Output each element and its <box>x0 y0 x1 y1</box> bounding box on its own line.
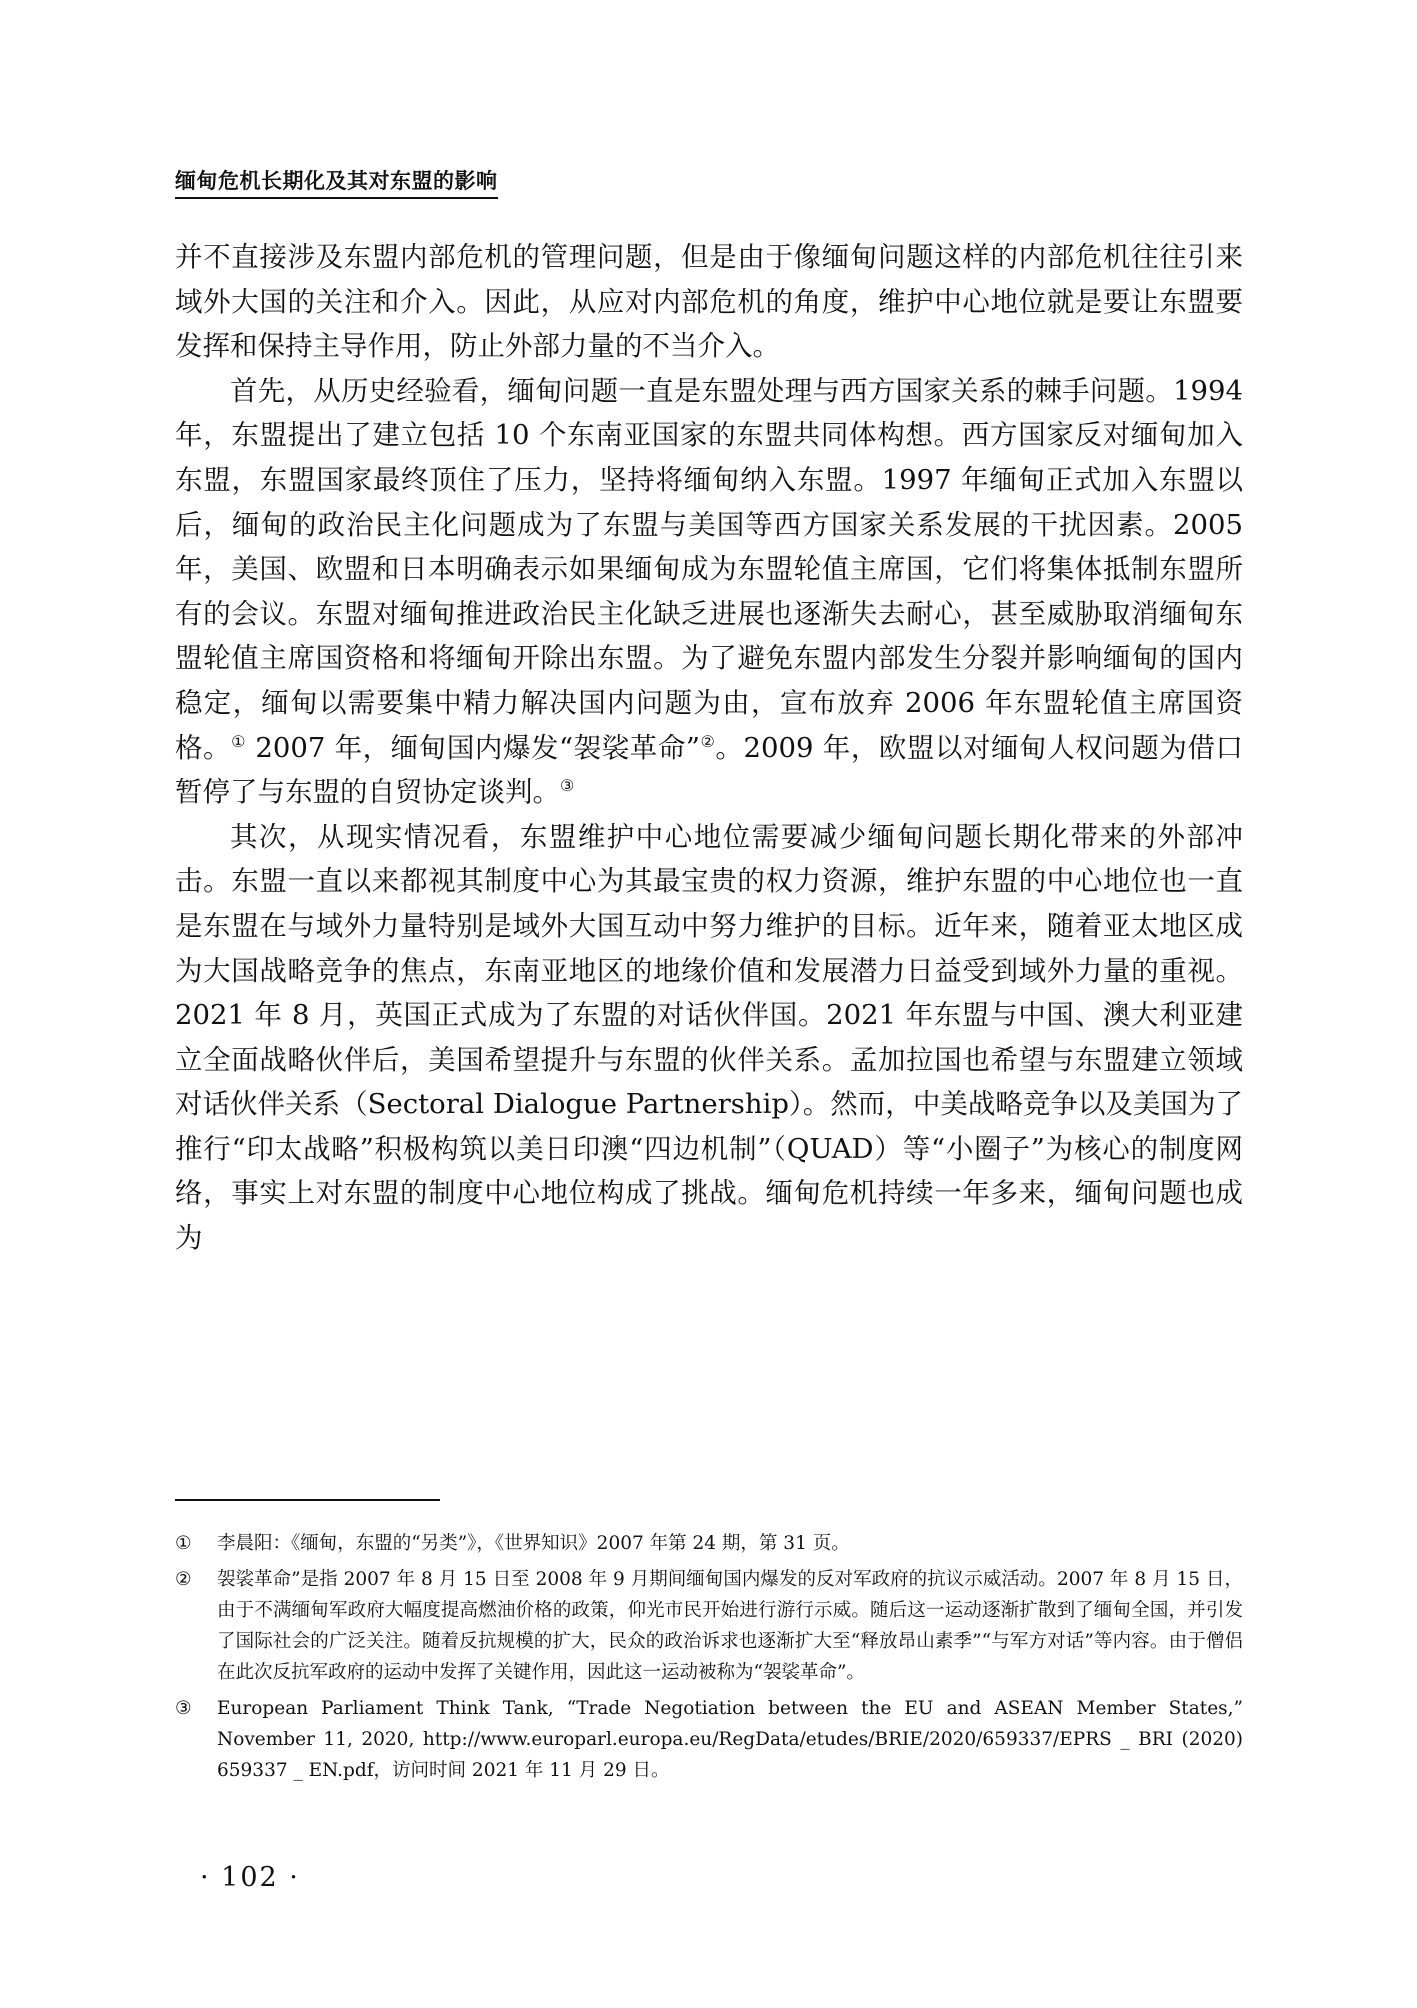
footnote-ref-2[interactable]: ② <box>700 731 715 750</box>
paragraph-continuation: 并不直接涉及东盟内部危机的管理问题，但是由于像缅甸问题这样的内部危机往往引来域外… <box>175 235 1243 369</box>
footnote-mark: ② <box>175 1564 217 1688</box>
footnote-text: European Parliament Think Tank, “Trade N… <box>217 1693 1243 1786</box>
running-head: 缅甸危机长期化及其对东盟的影响 <box>175 168 498 199</box>
footnote-2: ② 袈裟革命”是指 2007 年 8 月 15 日至 2008 年 9 月期间缅… <box>175 1564 1243 1688</box>
footnote-text: 李晨阳：《缅甸，东盟的“另类”》，《世界知识》2007 年第 24 期，第 31… <box>217 1528 1243 1559</box>
paragraph-text: 首先，从历史经验看，缅甸问题一直是东盟处理与西方国家关系的棘手问题。1994 年… <box>175 375 1243 764</box>
paragraph-text: 2007 年，缅甸国内爆发“袈裟革命” <box>246 732 700 764</box>
page-number: · 102 · <box>200 1862 300 1893</box>
body-text: 并不直接涉及东盟内部危机的管理问题，但是由于像缅甸问题这样的内部危机往往引来域外… <box>175 235 1243 1261</box>
footnote-1: ① 李晨阳：《缅甸，东盟的“另类”》，《世界知识》2007 年第 24 期，第 … <box>175 1528 1243 1559</box>
footnote-ref-1[interactable]: ① <box>231 731 246 750</box>
footnote-3: ③ European Parliament Think Tank, “Trade… <box>175 1693 1243 1786</box>
footnote-ref-3[interactable]: ③ <box>560 776 574 795</box>
footnote-divider <box>175 1499 440 1501</box>
paragraph-current: 其次，从现实情况看，东盟维护中心地位需要减少缅甸问题长期化带来的外部冲击。东盟一… <box>175 815 1243 1261</box>
footnote-mark: ③ <box>175 1693 217 1786</box>
footnote-mark: ① <box>175 1528 217 1559</box>
paragraph-history: 首先，从历史经验看，缅甸问题一直是东盟处理与西方国家关系的棘手问题。1994 年… <box>175 369 1243 815</box>
footnotes: ① 李晨阳：《缅甸，东盟的“另类”》，《世界知识》2007 年第 24 期，第 … <box>175 1528 1243 1791</box>
paragraph-text: 其次，从现实情况看，东盟维护中心地位需要减少缅甸问题长期化带来的外部冲击。东盟一… <box>175 821 1243 1254</box>
paragraph-text: 并不直接涉及东盟内部危机的管理问题，但是由于像缅甸问题这样的内部危机往往引来域外… <box>175 241 1243 362</box>
footnote-text: 袈裟革命”是指 2007 年 8 月 15 日至 2008 年 9 月期间缅甸国… <box>217 1564 1243 1688</box>
